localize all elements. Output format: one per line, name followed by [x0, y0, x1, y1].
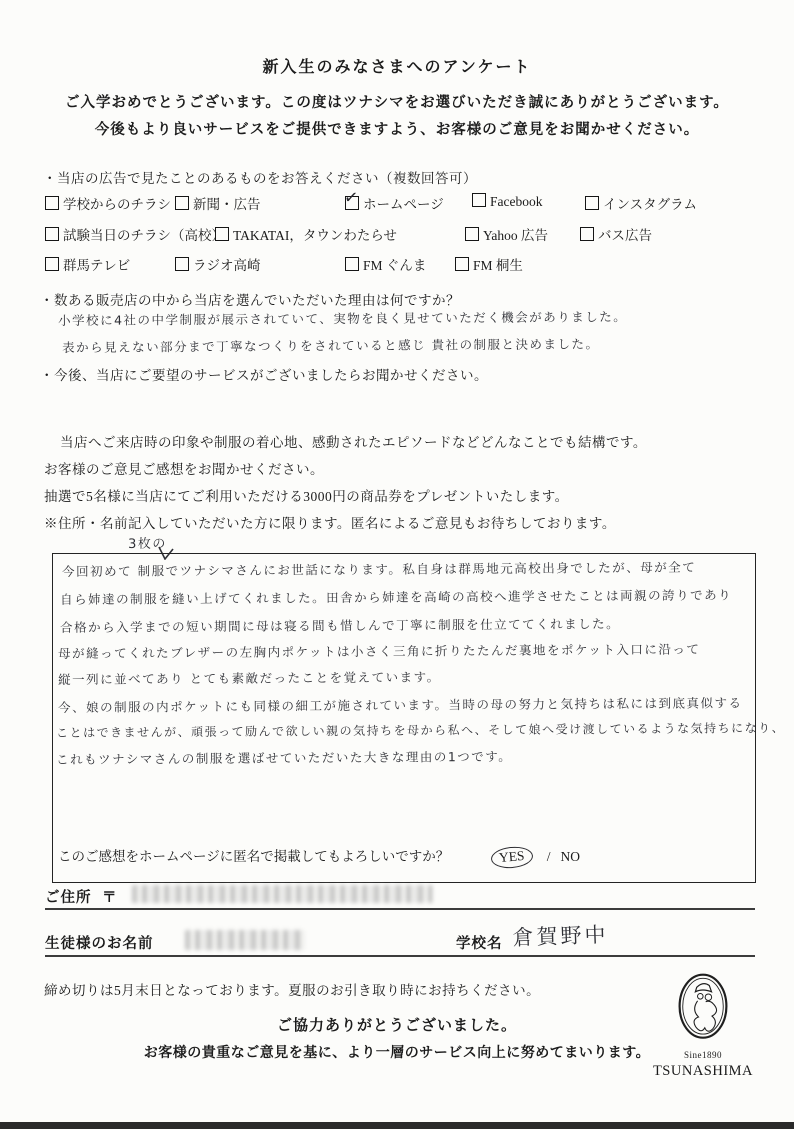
- checkbox-fm-gunma[interactable]: ✓FM ぐんま: [345, 254, 426, 274]
- checkbox-yahoo-ads[interactable]: ✓Yahoo 広告: [465, 224, 548, 244]
- checkbox-gunma-tv[interactable]: ✓群馬テレビ: [45, 254, 130, 274]
- checkbox-label: Facebook: [490, 194, 542, 209]
- checkbox-label: 群馬テレビ: [63, 258, 130, 273]
- checkbox-label: FM 桐生: [473, 258, 523, 273]
- checkbox-radio-takasaki[interactable]: ✓ラジオ高崎: [175, 254, 261, 274]
- logo-name-text: TSUNASHIMA: [648, 1063, 758, 1080]
- checkbox-icon: ✓: [465, 227, 479, 241]
- address-redacted-blur: [132, 885, 432, 903]
- checkbox-icon: ✓: [345, 196, 359, 210]
- logo-since-text: Sine1890: [648, 1050, 758, 1060]
- checkbox-instagram[interactable]: ✓インスタグラム: [585, 193, 697, 213]
- consent-separator: /: [547, 849, 551, 864]
- checkbox-icon: ✓: [585, 196, 599, 210]
- checkbox-facebook[interactable]: ✓Facebook: [472, 193, 542, 210]
- checkbox-icon: ✓: [45, 257, 59, 271]
- reason-answer-line-2: 表から見えない部分まで丁寧なつくりをされていると感じ 貴社の制服と決めました。: [62, 334, 600, 356]
- school-name-label: 学校名: [456, 932, 503, 953]
- checkbox-label: ホームページ: [363, 197, 444, 212]
- checkbox-label: ラジオ高崎: [193, 258, 261, 273]
- feedback-intro-line-4: ※住所・名前記入していただいた方に限ります。匿名によるご意見もお待ちしております…: [44, 512, 616, 532]
- intro-line-1: ご入学おめでとうございます。この度はツナシマをお選びいただき誠にありがとうござい…: [0, 91, 794, 112]
- student-name-redacted-blur: [185, 930, 305, 950]
- feedback-intro-line-2: お客様のご意見ご感想をお聞かせください。: [44, 458, 324, 478]
- checkbox-label: TAKATAI，タウンわたらせ: [233, 228, 397, 243]
- consent-row: このご感想をホームページに匿名で掲載してもよろしいですか？YES/NO: [58, 845, 580, 868]
- checkbox-label: インスタグラム: [603, 197, 697, 212]
- survey-sheet: 新入生のみなさまへのアンケート ご入学おめでとうございます。この度はツナシマをお…: [0, 0, 794, 1129]
- student-name-label: 生徒様のお名前: [45, 932, 154, 953]
- page-title: 新入生のみなさまへのアンケート: [0, 54, 794, 77]
- checkbox-icon: ✓: [215, 227, 229, 241]
- checkbox-icon: ✓: [345, 257, 359, 271]
- feedback-intro-line-3: 抽選で5名様に当店にてご利用いただける3000円の商品券をプレゼントいたします。: [44, 485, 569, 505]
- checkbox-homepage[interactable]: ✓ホームページ: [345, 193, 444, 213]
- deadline-note: 締め切りは5月末日となっております。夏服のお引き取り時にお持ちください。: [44, 979, 540, 999]
- checkbox-takatai[interactable]: ✓TAKATAI，タウンわたらせ: [215, 224, 397, 244]
- checkbox-newspaper[interactable]: ✓新聞・広告: [175, 193, 261, 213]
- ad-question-label: ・当店の広告で見たことのあるものをお答えください（複数回答可）: [43, 167, 477, 187]
- feedback-line-5: 縦一列に並べてあり とても素敵だったことを覚えています。: [58, 667, 441, 688]
- checkbox-fm-kiryu[interactable]: ✓FM 桐生: [455, 254, 523, 274]
- checkbox-icon: ✓: [45, 196, 59, 210]
- checkbox-label: FM ぐんま: [363, 258, 426, 273]
- consent-question: このご感想をホームページに匿名で掲載してもよろしいですか？: [58, 849, 449, 864]
- consent-yes-option[interactable]: YES: [490, 845, 533, 870]
- checkbox-label: 試験当日のチラシ（高校）: [63, 228, 225, 243]
- school-name-value: 倉賀野中: [512, 919, 609, 952]
- checkbox-icon: ✓: [455, 257, 469, 271]
- checkbox-label: 学校からのチラシ: [63, 197, 171, 212]
- checkbox-bus-ads[interactable]: ✓バス広告: [580, 224, 652, 244]
- postal-mark: 〒: [102, 886, 118, 907]
- scan-edge-artifact: [0, 1122, 794, 1129]
- intro-line-2: 今後もより良いサービスをご提供できますよう、お客様のご意見をお聞かせください。: [0, 118, 794, 139]
- checkbox-icon: ✓: [175, 257, 189, 271]
- reason-answer-line-1: 小学校に4社の中学制服が展示されていて、実物を良く見せていただく機会がありました…: [58, 307, 627, 329]
- checkbox-label: バス広告: [598, 228, 652, 243]
- gentleman-emblem-icon: [676, 972, 730, 1044]
- checkbox-exam-day-flyer[interactable]: ✓試験当日のチラシ（高校）: [45, 224, 225, 244]
- tsunashima-logo: Sine1890 TSUNASHIMA: [648, 972, 758, 1080]
- reason-question-label: ・数ある販売店の中から当店を選んでいただいた理由は何ですか？: [40, 289, 460, 309]
- address-label: ご住所: [45, 886, 92, 907]
- checkbox-school-flyer[interactable]: ✓学校からのチラシ: [45, 193, 171, 213]
- address-field-line[interactable]: [45, 908, 755, 910]
- checkbox-icon: ✓: [175, 196, 189, 210]
- feedback-line-8: これもツナシマさんの制服を選ばせていただいた大きな理由の1つです。: [56, 747, 512, 768]
- request-question-label: ・今後、当店にご要望のサービスがございましたらお聞かせください。: [40, 364, 488, 384]
- checkbox-label: Yahoo 広告: [483, 228, 548, 243]
- checkbox-icon: ✓: [580, 227, 594, 241]
- name-field-line[interactable]: [45, 955, 755, 957]
- feedback-intro-line-1: 当店へご来店時の印象や制服の着心地、感動されたエピソードなどどんなことでも結構で…: [60, 431, 647, 451]
- checkbox-label: 新聞・広告: [193, 197, 261, 212]
- checkbox-icon: ✓: [45, 227, 59, 241]
- consent-no-option[interactable]: NO: [561, 849, 581, 864]
- check-icon: ✓: [343, 187, 359, 208]
- checkbox-icon: ✓: [472, 193, 486, 207]
